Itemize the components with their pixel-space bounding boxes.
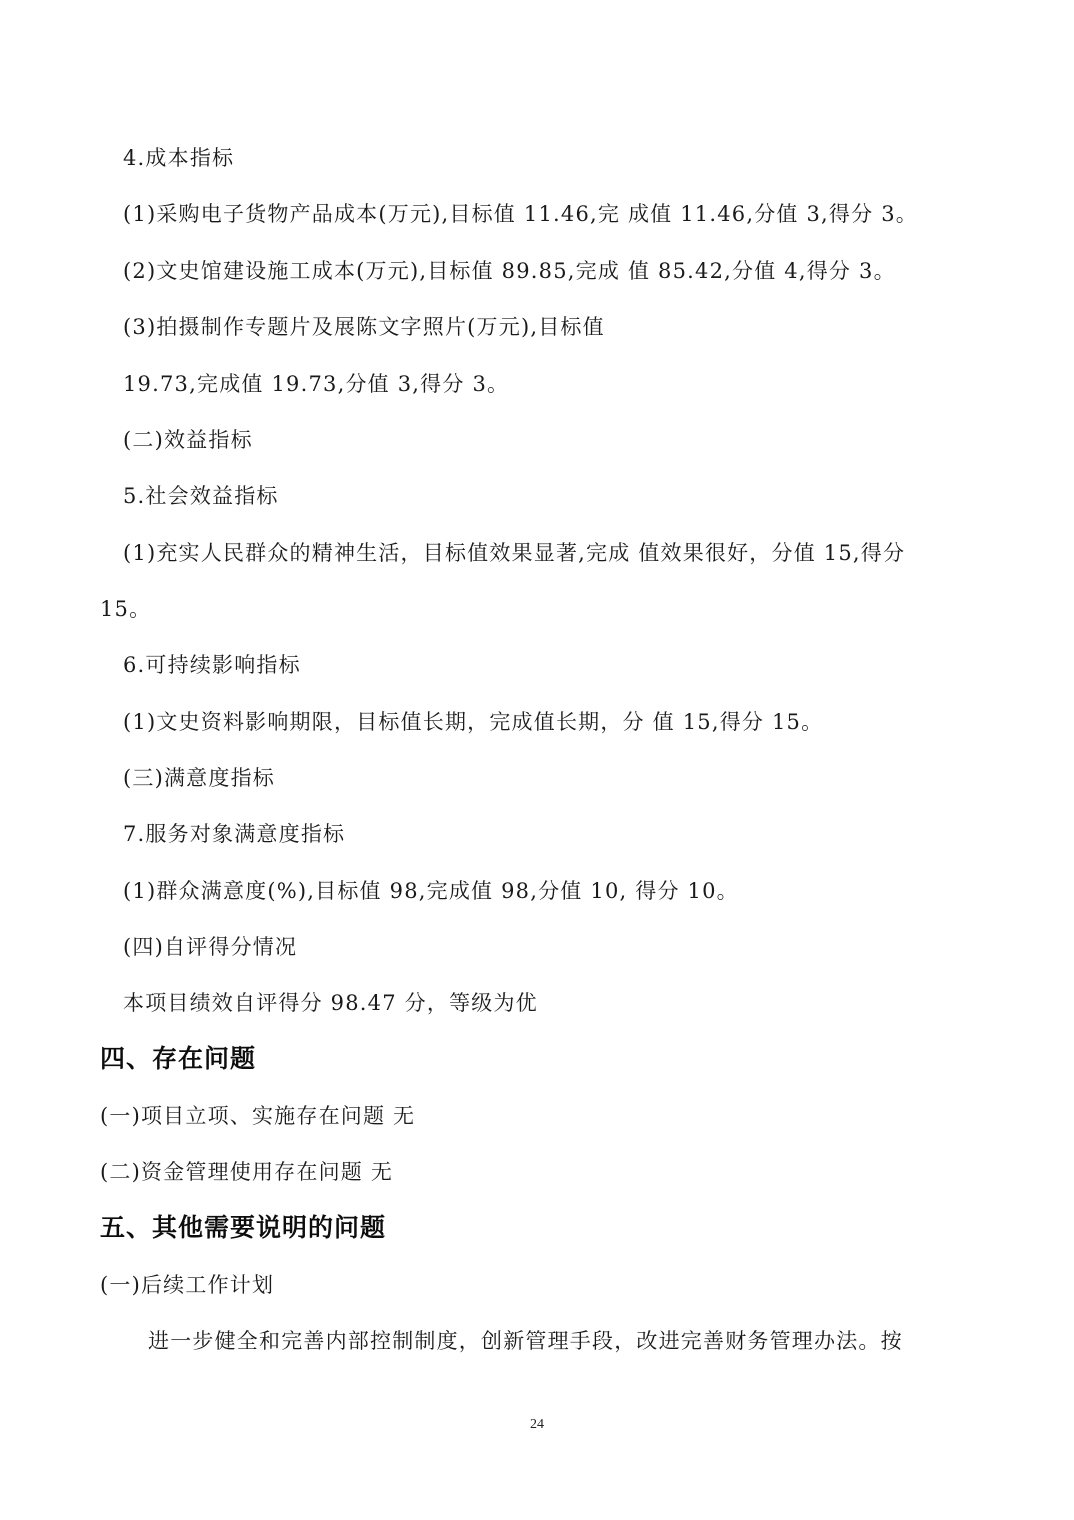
social-benefit-item-1-line-1: (1)充实人民群众的精神生活，目标值效果显著,完成 值效果很好，分值 15,得分 xyxy=(123,539,905,567)
self-evaluation-heading: (四)自评得分情况 xyxy=(123,933,297,961)
page-number: 24 xyxy=(0,1416,1074,1434)
service-satisfaction-item-1: (1)群众满意度(%),目标值 98,完成值 98,分值 10, 得分 10。 xyxy=(123,877,739,905)
social-benefit-heading: 5.社会效益指标 xyxy=(123,482,279,510)
sustainable-impact-heading: 6.可持续影响指标 xyxy=(123,651,301,679)
cost-item-3-line-2: 19.73,完成值 19.73,分值 3,得分 3。 xyxy=(123,370,509,398)
social-benefit-item-1-line-2: 15。 xyxy=(100,595,151,623)
cost-indicator-heading: 4.成本指标 xyxy=(123,144,234,172)
section-4-item-1: (一)项目立项、实施存在问题 无 xyxy=(100,1102,415,1130)
cost-item-3-line-1: (3)拍摄制作专题片及展陈文字照片(万元),目标值 xyxy=(123,313,605,341)
sustainable-impact-item-1: (1)文史资料影响期限，目标值长期，完成值长期，分 值 15,得分 15。 xyxy=(123,708,823,736)
section-5-paragraph: 进一步健全和完善内部控制制度，创新管理手段，改进完善财务管理办法。按 xyxy=(148,1327,903,1355)
section-5-title: 五、其他需要说明的问题 xyxy=(100,1212,386,1244)
cost-item-2: (2)文史馆建设施工成本(万元),目标值 89.85,完成 值 85.42,分值… xyxy=(123,257,896,285)
section-4-title: 四、存在问题 xyxy=(100,1043,256,1075)
document-page: 4.成本指标 (1)采购电子货物产品成本(万元),目标值 11.46,完 成值 … xyxy=(0,0,1074,1520)
benefit-indicator-heading: (二)效益指标 xyxy=(123,426,253,454)
section-5-subheading: (一)后续工作计划 xyxy=(100,1271,274,1299)
self-evaluation-result: 本项目绩效自评得分 98.47 分，等级为优 xyxy=(123,989,538,1017)
cost-item-1: (1)采购电子货物产品成本(万元),目标值 11.46,完 成值 11.46,分… xyxy=(123,200,918,228)
service-satisfaction-heading: 7.服务对象满意度指标 xyxy=(123,820,345,848)
satisfaction-indicator-heading: (三)满意度指标 xyxy=(123,764,275,792)
section-4-item-2: (二)资金管理使用存在问题 无 xyxy=(100,1158,393,1186)
